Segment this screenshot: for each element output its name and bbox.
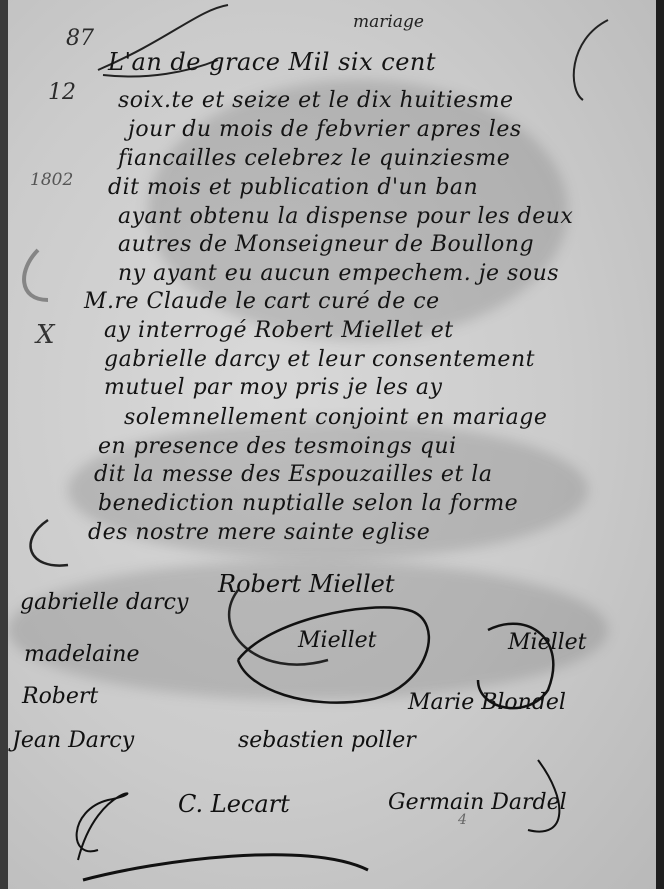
signature-robert-miellet: Robert Miellet bbox=[218, 570, 394, 598]
register-line-1: L'an de grace Mil six cent bbox=[108, 48, 436, 76]
register-line-3: jour du mois de febvrier apres les bbox=[128, 117, 522, 142]
register-line-7: autres de Monseigneur de Boullong bbox=[118, 232, 534, 257]
register-line-16: benediction nuptialle selon la forme bbox=[98, 491, 518, 516]
register-line-9: M.re Claude le cart curé de ce bbox=[84, 289, 440, 314]
tiny-mark: 4 bbox=[458, 812, 467, 828]
left-page-edge bbox=[0, 0, 8, 889]
margin-year-note: 1802 bbox=[30, 170, 73, 190]
signature-miellet-1: Miellet bbox=[298, 628, 377, 653]
register-line-6: ayant obtenu la dispense pour les deux bbox=[118, 204, 573, 229]
signature-robert: Robert bbox=[22, 684, 98, 709]
margin-number-87: 87 bbox=[66, 26, 94, 51]
header-mariage: mariage bbox=[353, 12, 424, 32]
register-line-2: soix.te et seize et le dix huitiesme bbox=[118, 88, 514, 113]
register-line-11: gabrielle darcy et leur consentement bbox=[104, 347, 535, 372]
signature-jean-darcy: Jean Darcy bbox=[12, 728, 134, 753]
signature-miellet-2: Miellet bbox=[508, 630, 587, 655]
signature-gabrielle-darcy: gabrielle darcy bbox=[20, 590, 188, 615]
register-line-15: dit la messe des Espouzailles et la bbox=[94, 462, 492, 487]
register-line-8: ny ayant eu aucun empechem. je sous bbox=[118, 261, 559, 286]
signature-germain-dardel: Germain Dardel bbox=[388, 790, 567, 815]
register-line-14: en presence des tesmoings qui bbox=[98, 434, 457, 459]
signature-madelaine: madelaine bbox=[24, 642, 139, 667]
right-page-edge bbox=[656, 0, 664, 889]
signature-marie-blondel: Marie Blondel bbox=[408, 690, 566, 715]
register-line-17: des nostre mere sainte eglise bbox=[88, 520, 430, 545]
margin-number-12: 12 bbox=[48, 80, 76, 105]
signature-sebastien-poller: sebastien poller bbox=[238, 728, 416, 753]
register-line-13: solemnellement conjoint en mariage bbox=[124, 405, 547, 430]
register-line-12: mutuel par moy pris je les ay bbox=[104, 375, 442, 400]
register-line-10: ay interrogé Robert Miellet et bbox=[104, 318, 454, 343]
register-line-5: dit mois et publication d'un ban bbox=[108, 175, 478, 200]
signature-c-lecart: C. Lecart bbox=[178, 790, 290, 818]
document-page: 87 12 1802 X mariage L'an de grace Mil s… bbox=[8, 0, 656, 889]
margin-cross-mark: X bbox=[36, 320, 55, 350]
register-line-4: fiancailles celebrez le quinziesme bbox=[118, 146, 510, 171]
